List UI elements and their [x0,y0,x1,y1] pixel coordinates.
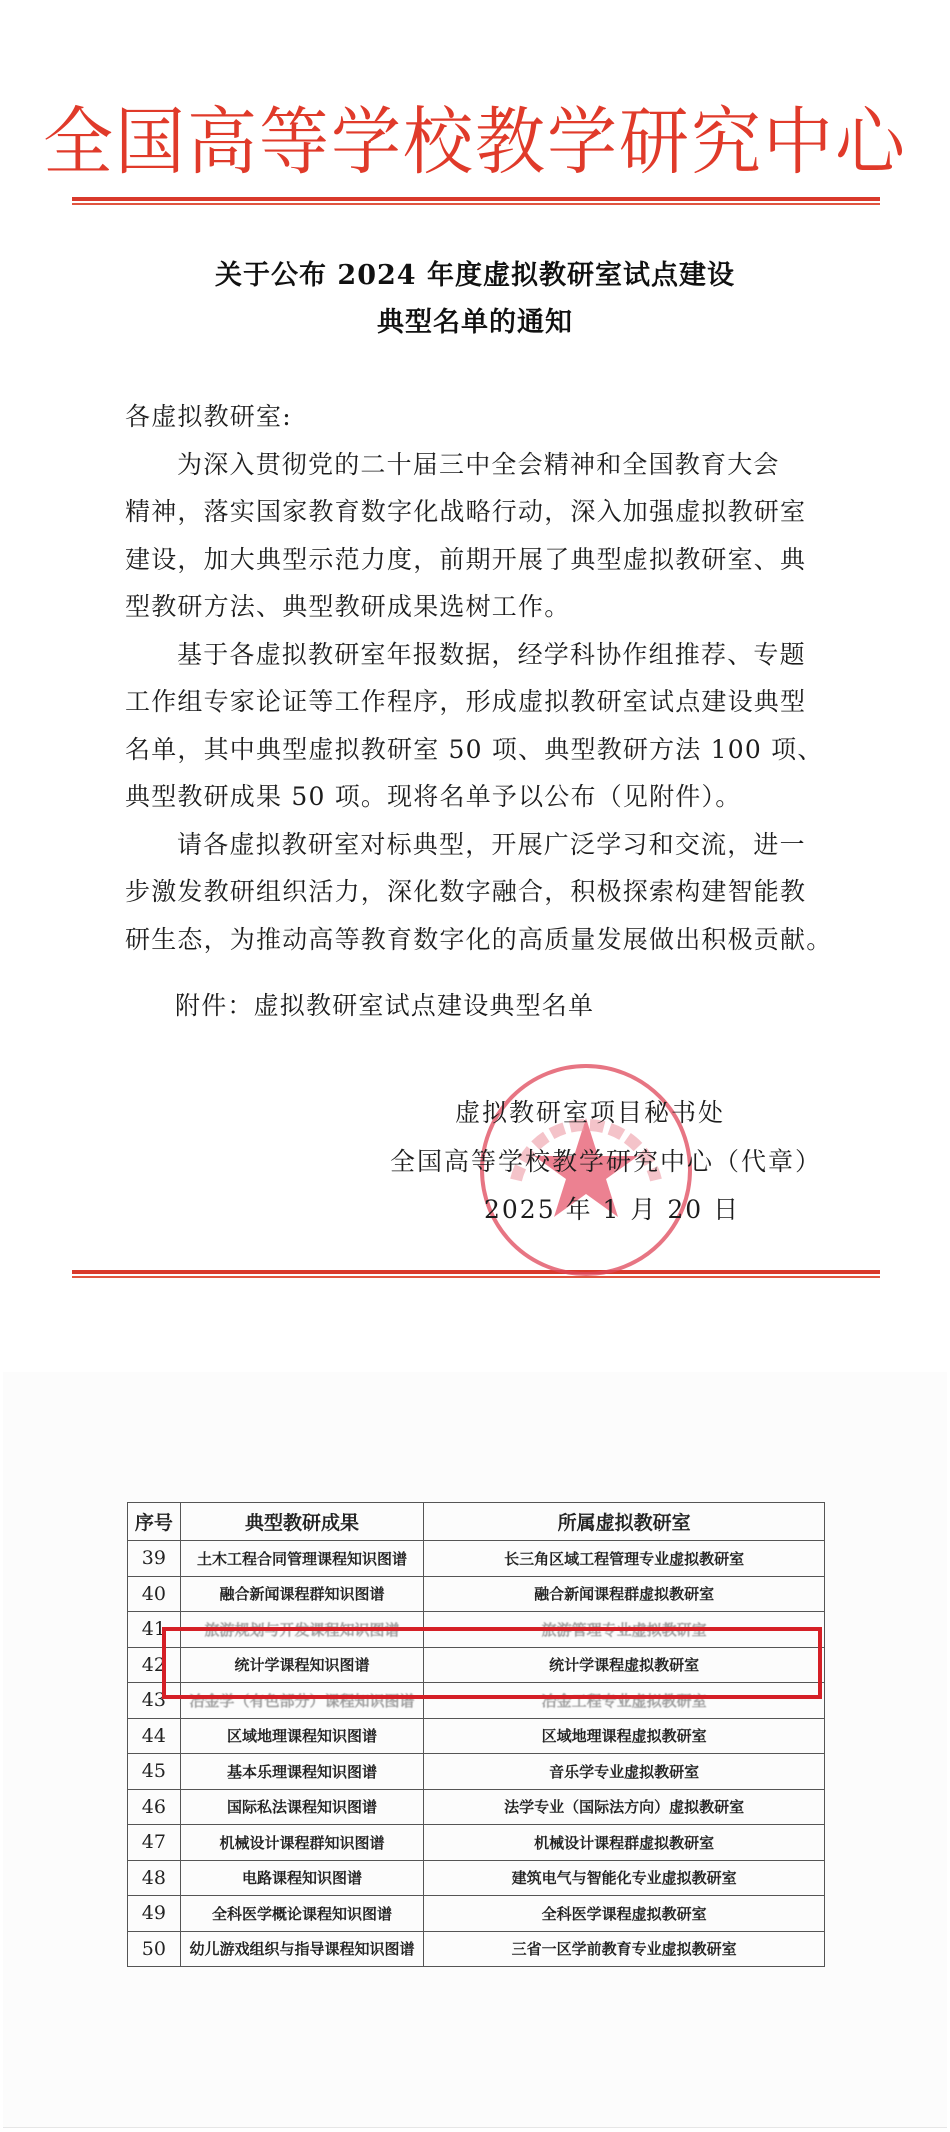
row-lab: 区域地理课程虚拟教研室 [424,1718,825,1754]
table-row: 45 基本乐理课程知识图谱 音乐学专业虚拟教研室 [128,1754,825,1790]
notice-page: 全国高等学校教学研究中心 关于公布 2024 年度虚拟教研室试点建设 典型名单的… [0,0,950,1330]
body-line: 名单，其中典型虚拟教研室 50 项、典型教研方法 100 项、 [125,726,855,774]
typical-outcomes-table: 序号 典型教研成果 所属虚拟教研室 39 土木工程合同管理课程知识图谱 长三角区… [127,1502,825,1967]
row-outcome: 全科医学概论课程知识图谱 [180,1896,424,1932]
body-line: 建设，加大典型示范力度，前期开展了典型虚拟教研室、典 [125,536,855,584]
row-lab: 融合新闻课程群虚拟教研室 [424,1576,825,1612]
row-seq: 45 [128,1754,181,1790]
row-lab: 三省一区学前教育专业虚拟教研室 [424,1931,825,1967]
signature-center: 全国高等学校教学研究中心（代章） [390,1142,822,1178]
body-line: 工作组专家论证等工作程序，形成虚拟教研室试点建设典型 [125,678,855,726]
letterhead-rule [72,197,880,201]
row-seq: 40 [128,1576,181,1612]
row-seq: 39 [128,1541,181,1577]
body-line: 请各虚拟教研室对标典型，开展广泛学习和交流，进一 [125,821,855,869]
body-line: 基于各虚拟教研室年报数据，经学科协作组推荐、专题 [125,631,855,679]
row-lab: 建筑电气与智能化专业虚拟教研室 [424,1860,825,1896]
row-outcome: 融合新闻课程群知识图谱 [180,1576,424,1612]
row-outcome: 幼儿游戏组织与指导课程知识图谱 [180,1931,424,1967]
notice-title-line-1: 关于公布 2024 年度虚拟教研室试点建设 [0,253,950,292]
row-outcome: 电路课程知识图谱 [180,1860,424,1896]
table-header-row: 序号 典型教研成果 所属虚拟教研室 [128,1503,825,1541]
table-row: 50 幼儿游戏组织与指导课程知识图谱 三省一区学前教育专业虚拟教研室 [128,1931,825,1967]
row-seq: 46 [128,1789,181,1825]
body-line: 步激发教研组织活力，深化数字融合，积极探索构建智能教 [125,868,855,916]
row-seq: 47 [128,1825,181,1861]
signature-office: 虚拟教研室项目秘书处 [455,1093,725,1129]
header-lab: 所属虚拟教研室 [424,1503,825,1541]
row-seq: 44 [128,1718,181,1754]
body-line: 精神，落实国家教育数字化战略行动，深入加强虚拟教研室 [125,488,855,536]
row-outcome: 区域地理课程知识图谱 [180,1718,424,1754]
header-outcome: 典型教研成果 [180,1503,424,1541]
row-lab: 长三角区域工程管理专业虚拟教研室 [424,1541,825,1577]
table-row: 44 区域地理课程知识图谱 区域地理课程虚拟教研室 [128,1718,825,1754]
row-seq: 48 [128,1860,181,1896]
row-seq: 50 [128,1931,181,1967]
attachment-line: 附件：虚拟教研室试点建设典型名单 [175,986,594,1022]
body-line: 典型教研成果 50 项。现将名单予以公布（见附件）。 [125,773,855,821]
row-outcome: 基本乐理课程知识图谱 [180,1754,424,1790]
table-row: 39 土木工程合同管理课程知识图谱 长三角区域工程管理专业虚拟教研室 [128,1541,825,1577]
table-row: 48 电路课程知识图谱 建筑电气与智能化专业虚拟教研室 [128,1860,825,1896]
table-row: 40 融合新闻课程群知识图谱 融合新闻课程群虚拟教研室 [128,1576,825,1612]
row-seq: 49 [128,1896,181,1932]
salutation: 各虚拟教研室: [125,393,855,441]
table-row: 49 全科医学概论课程知识图谱 全科医学课程虚拟教研室 [128,1896,825,1932]
row-outcome: 国际私法课程知识图谱 [180,1789,424,1825]
table-row: 47 机械设计课程群知识图谱 机械设计课程群虚拟教研室 [128,1825,825,1861]
signature-date: 2025 年 1 月 20 日 [484,1190,740,1226]
highlight-box [162,1627,822,1699]
notice-title-line-2: 典型名单的通知 [0,300,950,339]
notice-body: 各虚拟教研室: 为深入贯彻党的二十届三中全会精神和全国教育大会 精神，落实国家教… [125,393,855,963]
row-outcome: 土木工程合同管理课程知识图谱 [180,1541,424,1577]
row-lab: 法学专业（国际法方向）虚拟教研室 [424,1789,825,1825]
row-lab: 音乐学专业虚拟教研室 [424,1754,825,1790]
table-row: 46 国际私法课程知识图谱 法学专业（国际法方向）虚拟教研室 [128,1789,825,1825]
row-outcome: 机械设计课程群知识图谱 [180,1825,424,1861]
letterhead-title: 全国高等学校教学研究中心 [0,98,950,186]
body-line: 为深入贯彻党的二十届三中全会精神和全国教育大会 [125,441,855,489]
letterhead-rule-thin [72,203,880,205]
header-seq: 序号 [128,1503,181,1541]
row-lab: 全科医学课程虚拟教研室 [424,1896,825,1932]
row-lab: 机械设计课程群虚拟教研室 [424,1825,825,1861]
body-line: 型教研方法、典型教研成果选树工作。 [125,583,855,631]
body-line: 研生态，为推动高等教育数字化的高质量发展做出积极贡献。 [125,916,855,964]
